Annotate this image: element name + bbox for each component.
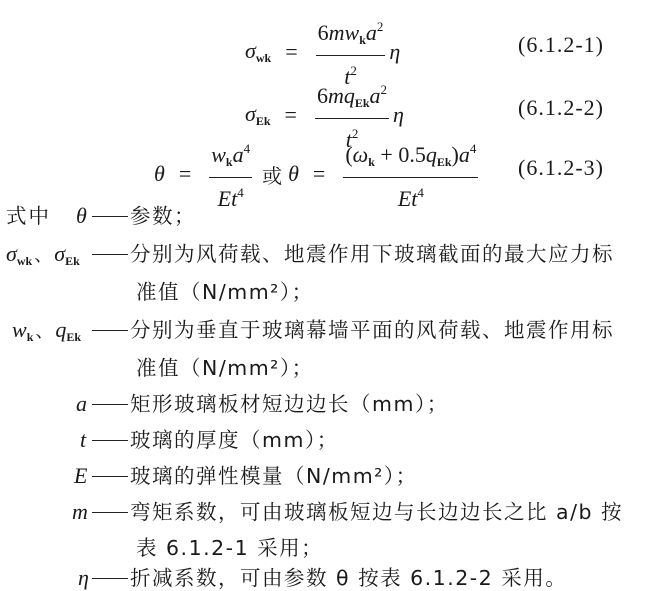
equation-number: (6.1.2-2) [518, 95, 604, 121]
equals-sign: = [285, 102, 297, 128]
lhs-theta: θ [154, 161, 165, 187]
equation-number: (6.1.2-1) [518, 32, 604, 58]
lhs-theta-alt: θ [288, 161, 299, 187]
em-dash [92, 216, 128, 217]
em-dash [92, 404, 128, 405]
legend-description: 参数； [130, 198, 196, 234]
legend-item-e: E 玻璃的弹性模量（N/mm²）； [0, 458, 650, 494]
legend-description: 折减系数，可由参数 θ 按表 6.1.2-2 采用。 [130, 560, 567, 591]
legend-symbol: wk、qEk [12, 312, 81, 355]
legend-item-a: a 矩形玻璃板材短边边长（mm）； [0, 386, 650, 422]
equals-sign: = [285, 39, 297, 65]
legend-item-sigma: σwk、σEk 分别为风荷载、地震作用下玻璃截面的最大应力标 [0, 236, 650, 272]
legend-item-eta: η 折减系数，可由参数 θ 按表 6.1.2-2 采用。 [0, 560, 650, 591]
equals-sign: = [313, 161, 325, 187]
conjunction-or: 或 [262, 160, 282, 189]
legend-symbol: E [74, 458, 87, 494]
numerator: (ωk + 0.5qEk)a4 [343, 136, 478, 178]
lhs-sigma: σwk [245, 38, 271, 66]
lhs-sigma: σEk [245, 101, 271, 129]
legend-item-wk-qek: wk、qEk 分别为垂直于玻璃幕墙平面的风荷载、地震作用标 [0, 312, 650, 348]
em-dash [92, 578, 128, 579]
legend-item-sigma-cont: 准值（N/mm²）； [0, 274, 650, 310]
em-dash [92, 476, 128, 477]
em-dash [92, 254, 128, 255]
legend-item-wk-qek-cont: 准值（N/mm²）； [0, 350, 650, 386]
equation-number: (6.1.2-3) [518, 155, 604, 181]
legend-symbol: η [78, 560, 89, 591]
legend-description: 矩形玻璃板材短边边长（mm）； [130, 386, 449, 422]
legend-description: 分别为风荷载、地震作用下玻璃截面的最大应力标 [130, 236, 614, 272]
eta-factor: η [393, 102, 404, 128]
legend-lead: 式中 [6, 198, 51, 234]
eta-factor: η [389, 39, 400, 65]
legend-description: 弯矩系数，可由玻璃板短边与长边边长之比 a/b 按 [130, 494, 623, 530]
legend-symbol: θ [76, 198, 87, 234]
numerator: 6mwka2 [316, 14, 386, 56]
legend-item-theta: 式中 θ 参数； [0, 198, 650, 234]
legend-symbol: m [72, 494, 88, 530]
em-dash [92, 512, 128, 513]
legend-description: 玻璃的厚度（mm）； [130, 422, 339, 458]
equals-sign: = [179, 161, 191, 187]
numerator: 6mqEka2 [315, 77, 389, 119]
legend-description: 玻璃的弹性模量（N/mm²）； [130, 458, 418, 494]
legend-item-m: m 弯矩系数，可由玻璃板短边与长边边长之比 a/b 按 [0, 494, 650, 530]
legend-description-cont: 准值（N/mm²）； [136, 350, 314, 386]
legend-symbol: t [80, 422, 86, 458]
numerator: wka4 [209, 136, 252, 178]
legend-symbol: a [76, 386, 87, 422]
legend-description: 分别为垂直于玻璃幕墙平面的风荷载、地震作用标 [130, 312, 614, 348]
legend-description-cont: 准值（N/mm²）； [136, 274, 314, 310]
legend-item-t: t 玻璃的厚度（mm）； [0, 422, 650, 458]
em-dash [92, 440, 128, 441]
legend-symbol: σwk、σEk [6, 236, 80, 279]
em-dash [92, 330, 128, 331]
